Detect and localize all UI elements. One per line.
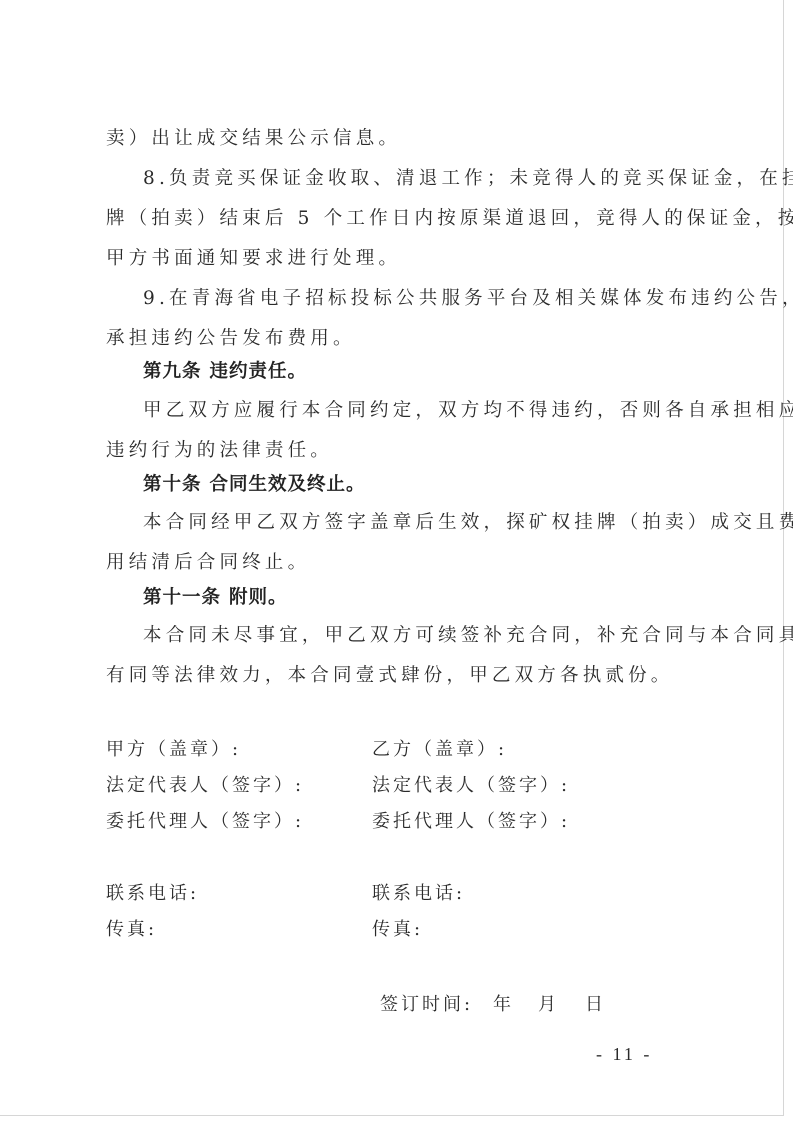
body-line: 9.在青海省电子招标投标公共服务平台及相关媒体发布违约公告， (143, 288, 688, 310)
party-a-seal-label: 甲方（盖章）: (106, 739, 241, 761)
party-b-agent-label: 委托代理人（签字）: (372, 811, 570, 833)
body-line: 卖）出让成交结果公示信息。 (106, 128, 686, 150)
article-10-heading: 第十条合同生效及终止。 (143, 474, 688, 496)
body-line: 牌（拍卖）结束后 5 个工作日内按原渠道退回，竞得人的保证金，按照 (106, 208, 686, 230)
article-number: 第九条 (143, 361, 202, 382)
body-line: 违约行为的法律责任。 (106, 440, 686, 462)
article-number: 第十条 (143, 474, 202, 495)
body-line: 甲方书面通知要求进行处理。 (106, 248, 686, 270)
party-a-fax-label: 传真: (106, 919, 157, 941)
page-number: - 11 - (596, 1043, 652, 1065)
document-page: 卖）出让成交结果公示信息。 8.负责竞买保证金收取、清退工作；未竞得人的竞买保证… (0, 0, 784, 1116)
party-b-seal-label: 乙方（盖章）: (372, 739, 507, 761)
party-a-agent-label: 委托代理人（签字）: (106, 811, 304, 833)
body-line: 8.负责竞买保证金收取、清退工作；未竞得人的竞买保证金，在挂 (143, 168, 688, 190)
article-11-heading: 第十一条附则。 (143, 587, 688, 609)
article-number: 第十一条 (143, 587, 221, 608)
party-a-phone-label: 联系电话: (106, 883, 199, 905)
body-line: 本合同未尽事宜，甲乙双方可续签补充合同，补充合同与本合同具 (143, 625, 688, 647)
party-a-legal-rep-label: 法定代表人（签字）: (106, 775, 304, 797)
article-title: 合同生效及终止。 (210, 474, 366, 495)
party-b-legal-rep-label: 法定代表人（签字）: (372, 775, 570, 797)
body-line: 甲乙双方应履行本合同约定，双方均不得违约，否则各自承担相应 (143, 400, 688, 422)
article-title: 违约责任。 (210, 361, 308, 382)
body-line: 用结清后合同终止。 (106, 552, 686, 574)
body-line: 有同等法律效力，本合同壹式肆份，甲乙双方各执贰份。 (106, 665, 686, 687)
party-b-phone-label: 联系电话: (372, 883, 465, 905)
body-line: 承担违约公告发布费用。 (106, 328, 686, 350)
signing-date-day: 日 (585, 994, 603, 1016)
signing-date-month: 月 (538, 994, 556, 1016)
signing-date-label: 签订时间: (380, 994, 473, 1016)
article-9-heading: 第九条违约责任。 (143, 361, 688, 383)
body-line: 本合同经甲乙双方签字盖章后生效，探矿权挂牌（拍卖）成交且费 (143, 512, 688, 534)
party-b-fax-label: 传真: (372, 919, 423, 941)
signing-date-year: 年 (493, 994, 511, 1016)
article-title: 附则。 (229, 587, 288, 608)
